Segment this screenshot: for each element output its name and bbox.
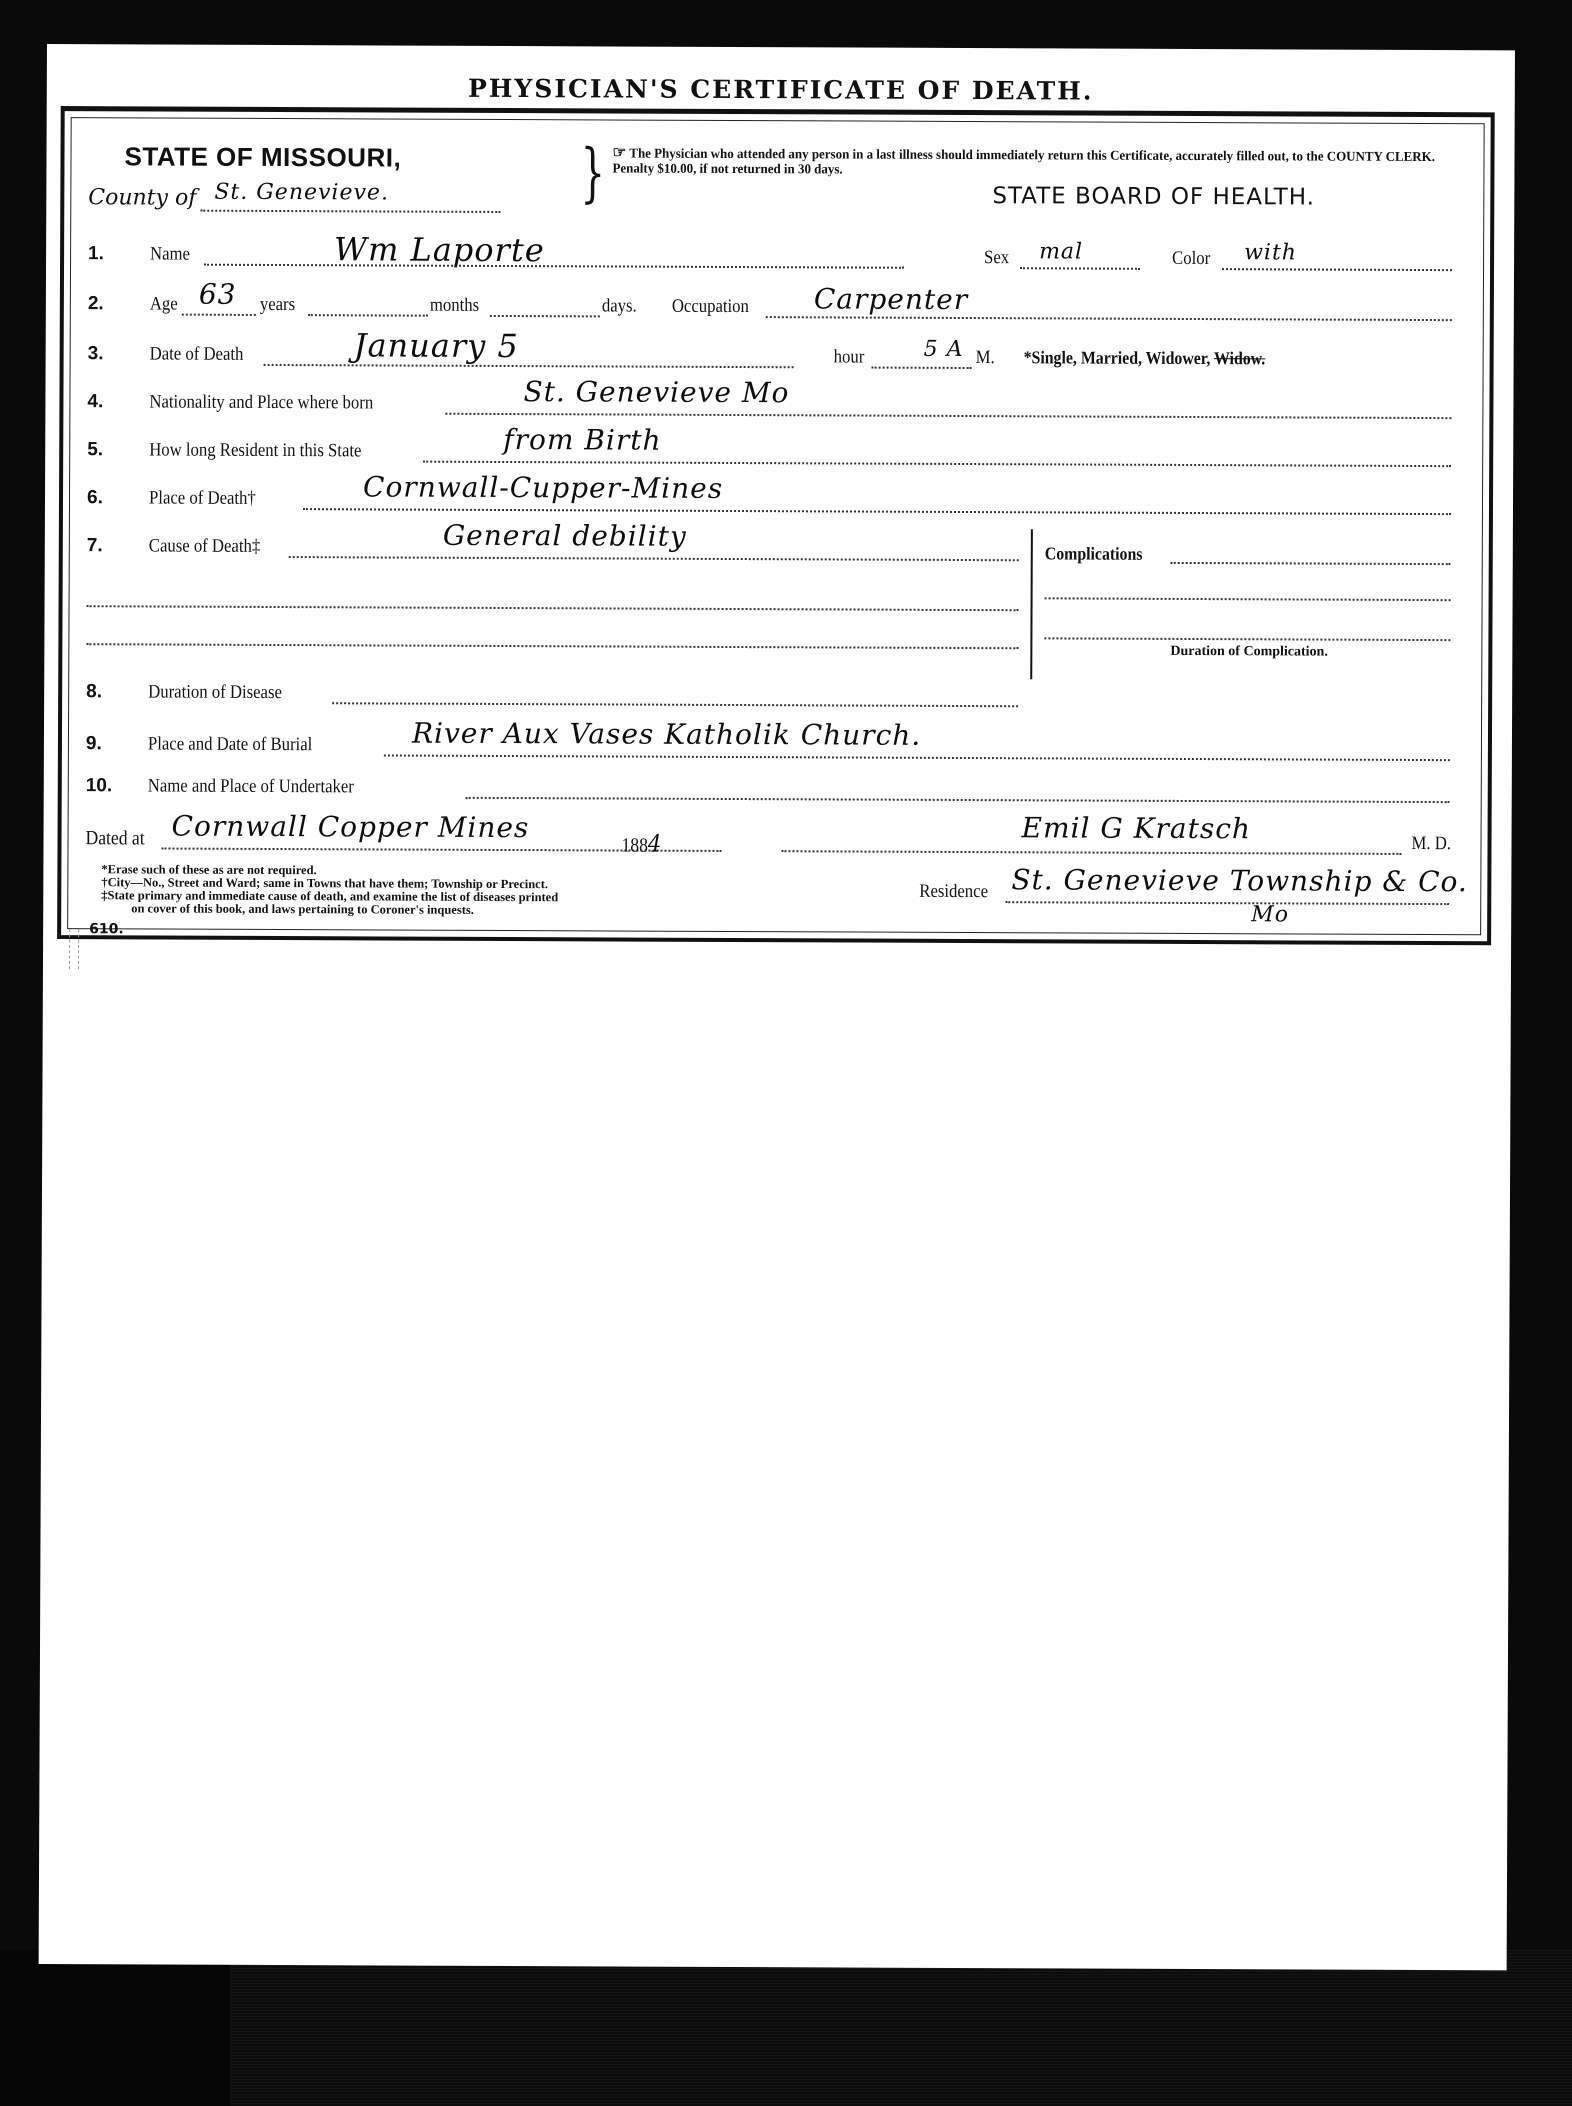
residence-duration-label: How long Resident in this State [149,439,361,462]
age-value: 63 [199,278,237,311]
cause-of-death-label: Cause of Death‡ [149,535,261,557]
color-value: with [1244,240,1297,265]
occupation-label: Occupation [672,296,749,318]
field-number: 10. [86,775,113,797]
form-number: 610. [89,921,124,937]
field-number: 8. [86,681,102,703]
complications-label: Complications [1045,543,1143,564]
notice-text: ☞ The Physician who attended any person … [612,145,1438,179]
state-heading: STATE OF MISSOURI, [124,141,401,173]
place-of-death-label: Place of Death† [149,487,256,509]
field-number: 6. [87,487,103,509]
birthplace-value: St. Genevieve Mo [523,375,789,409]
days-label: days. [602,295,637,317]
sex-label: Sex [984,247,1009,269]
struck-widow: Widow. [1214,348,1265,368]
residence-duration-value: from Birth [503,423,661,457]
county-label: County of [88,185,196,210]
years-label: years [260,294,295,316]
footnote: on cover of this book, and laws pertaini… [101,902,558,917]
md-label: M. D. [1411,833,1451,855]
field-number: 1. [88,243,104,265]
brace-icon: } [580,141,605,205]
footnotes: *Erase such of these as are not required… [101,863,558,917]
field-number: 3. [88,343,104,365]
age-label: Age [150,293,178,315]
age-line [182,314,256,316]
field-number: 9. [86,733,102,755]
hour-label: hour [834,346,865,368]
cause-of-death-value: General debility [443,519,687,553]
dated-at-label: Dated at [85,827,144,850]
field-number: 4. [87,391,103,413]
residence-value: St. Genevieve Township & Co. [1011,863,1468,898]
residence-value-2: Mo [1251,902,1289,927]
margin-marks [69,929,79,969]
marital-status: *Single, Married, Widower, Widow. [1024,347,1266,369]
birthplace-label: Nationality and Place where born [149,391,373,414]
months-label: months [430,295,479,317]
occupation-value: Carpenter [814,282,968,316]
physician-signature: Emil G Kratsch [1022,811,1252,845]
meridiem-label: M. [976,347,995,369]
name-value: Wm Laporte [334,230,545,269]
field-number: 5. [87,439,103,461]
year-value: 4 [648,830,662,858]
date-of-death-value: January 5 [354,326,519,365]
scan-background [0,1950,1572,2106]
field-number: 7. [87,535,103,557]
county-value: St. Genevieve. [214,180,389,206]
duration-complication-label: Duration of Complication. [1170,644,1328,661]
field-number: 2. [88,293,104,315]
undertaker-label: Name and Place of Undertaker [148,775,354,798]
board-heading: STATE BOARD OF HEALTH. [992,183,1315,210]
burial-label: Place and Date of Burial [148,733,312,756]
hour-value: 5 A [924,337,964,362]
name-label: Name [150,243,190,265]
burial-value: River Aux Vases Katholik Church. [412,717,921,752]
date-of-death-label: Date of Death [150,343,244,365]
duration-of-disease-label: Duration of Disease [148,681,282,704]
document-title: PHYSICIAN'S CERTIFICATE OF DEATH. [47,72,1515,107]
place-of-death-value: Cornwall-Cupper-Mines [363,470,723,505]
sex-value: mal [1039,239,1083,264]
residence-label: Residence [919,881,988,903]
form-border: STATE OF MISSOURI, County of St. Genevie… [57,106,1495,945]
certificate-page: PHYSICIAN'S CERTIFICATE OF DEATH. STATE … [39,44,1515,1970]
dated-at-value: Cornwall Copper Mines [172,810,530,845]
year-label: 1884 [621,830,662,858]
pointing-hand-icon: ☞ [612,144,626,161]
color-label: Color [1172,248,1210,270]
